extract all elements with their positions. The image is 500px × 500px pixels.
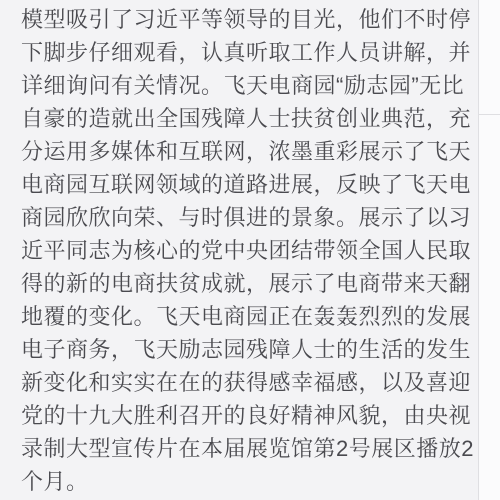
text-line: 个月。 [21,465,476,498]
text-line: 录制大型宣传片在本届展览馆第2号展区播放2 [21,432,476,465]
text-line: 得的新的电商扶贫成就，展示了电商带来天翻 [21,267,476,300]
article-text: 模型吸引了习近平等领导的目光，他们不时停 下脚步仔细观看，认真听取工作人员讲解，… [21,3,476,498]
gutter-divider [479,114,500,115]
text-line: 下脚步仔细观看，认真听取工作人员讲解，并 [21,36,476,69]
text-line: 地覆的变化。飞天电商园正在轰轰烈烈的发展 [21,300,476,333]
text-line: 模型吸引了习近平等领导的目光，他们不时停 [21,3,476,36]
text-line: 详细询问有关情况。飞天电商园“励志园”无比 [21,69,476,102]
text-line: 分运用多媒体和互联网，浓墨重彩展示了飞天 [21,135,476,168]
right-gutter [478,0,500,500]
text-line: 党的十九大胜利召开的良好精神风貌，由央视 [21,399,476,432]
text-line: 电子商务，飞天励志园残障人士的生活的发生 [21,333,476,366]
text-line: 近平同志为核心的党中央团结带领全国人民取 [21,234,476,267]
text-line: 自豪的造就出全国残障人士扶贫创业典范，充 [21,102,476,135]
article-page: 模型吸引了习近平等领导的目光，他们不时停 下脚步仔细观看，认真听取工作人员讲解，… [0,0,500,500]
text-line: 电商园互联网领域的道路进展，反映了飞天电 [21,168,476,201]
text-line: 商园欣欣向荣、与时俱进的景象。展示了以习 [21,201,476,234]
text-line: 新变化和实实在在的获得感幸福感，以及喜迎 [21,366,476,399]
